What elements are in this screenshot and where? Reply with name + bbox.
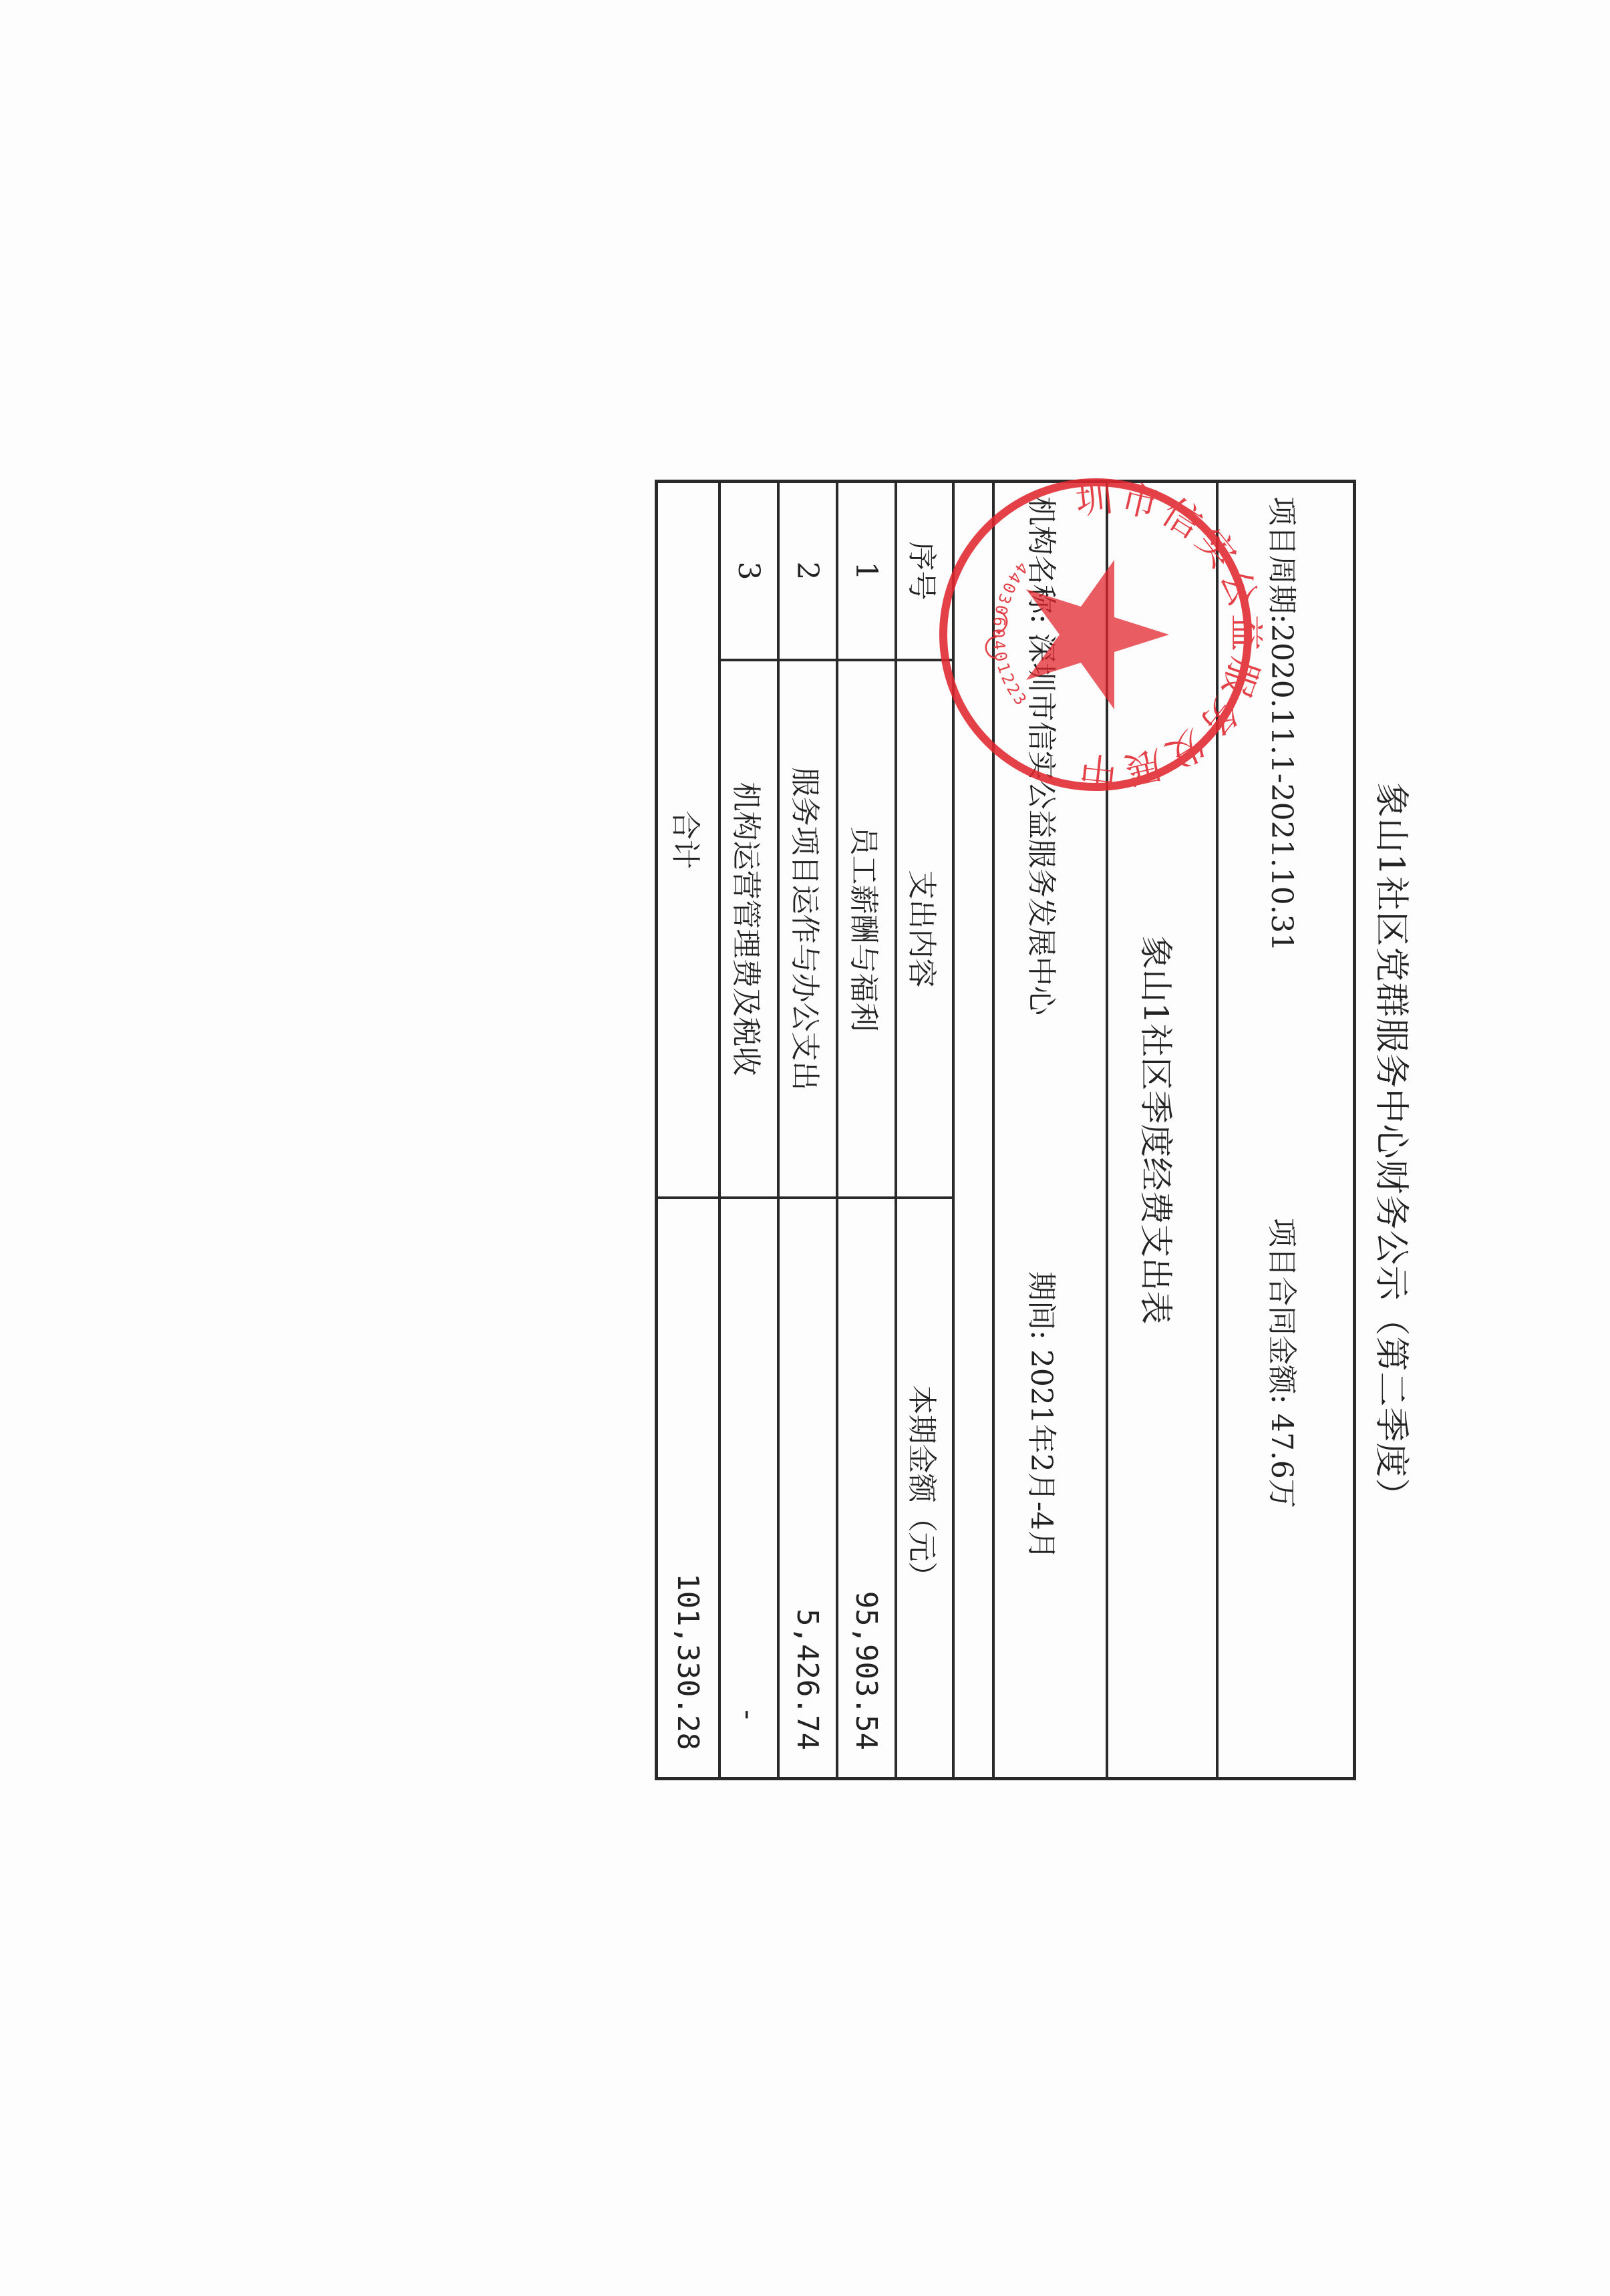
table-row: 3 机构运营管理费及税收 - xyxy=(718,483,777,1777)
header-amount: 本期金额（元） xyxy=(897,1199,952,1777)
document-title: 象山1社区党群服务中心财务公示（第二季度） xyxy=(1370,0,1420,2296)
period: 期间: 2021年2月-4月 xyxy=(1023,1271,1066,1560)
row-no: 2 xyxy=(780,483,836,661)
rotated-page: 象山1社区党群服务中心财务公示（第二季度） 项目周期:2020.11.1-202… xyxy=(0,0,1610,2296)
header-no: 序号 xyxy=(897,483,952,661)
org-name: 机构名称: 深圳市信实公益服务发展中心 xyxy=(1023,496,1066,1015)
project-info-row: 项目周期:2020.11.1-2021.10.31 项目合同金额: 47.6万 xyxy=(1216,483,1353,1777)
expense-sheet: 项目周期:2020.11.1-2021.10.31 项目合同金额: 47.6万 … xyxy=(655,480,1356,1780)
row-amount: 95,903.54 xyxy=(838,1199,895,1777)
row-desc: 服务项目运作与办公支出 xyxy=(780,661,836,1199)
contract-amount: 项目合同金额: 47.6万 xyxy=(1263,1218,1306,1508)
row-no: 3 xyxy=(721,483,777,661)
row-desc: 员工薪酬与福利 xyxy=(838,661,895,1199)
table-title-row: 象山1社区季度经费支出表 xyxy=(1106,483,1216,1777)
total-row: 合计 101,330.28 xyxy=(658,483,718,1777)
total-label: 合计 xyxy=(658,483,718,1199)
row-amount: - xyxy=(721,1199,777,1777)
table-title: 象山1社区季度经费支出表 xyxy=(1134,483,1182,1777)
table-row: 1 员工薪酬与福利 95,903.54 xyxy=(836,483,895,1777)
header-desc: 支出内容 xyxy=(897,661,952,1199)
table-row: 2 服务项目运作与办公支出 5,426.74 xyxy=(777,483,836,1777)
org-info-row: 机构名称: 深圳市信实公益服务发展中心 期间: 2021年2月-4月 xyxy=(992,483,1106,1777)
row-amount: 5,426.74 xyxy=(780,1199,836,1777)
row-no: 1 xyxy=(838,483,895,661)
spacer-row xyxy=(952,483,992,1777)
row-desc: 机构运营管理费及税收 xyxy=(721,661,777,1199)
table-header-row: 序号 支出内容 本期金额（元） xyxy=(895,483,952,1777)
project-period: 项目周期:2020.11.1-2021.10.31 xyxy=(1263,496,1306,952)
total-amount: 101,330.28 xyxy=(658,1199,718,1777)
